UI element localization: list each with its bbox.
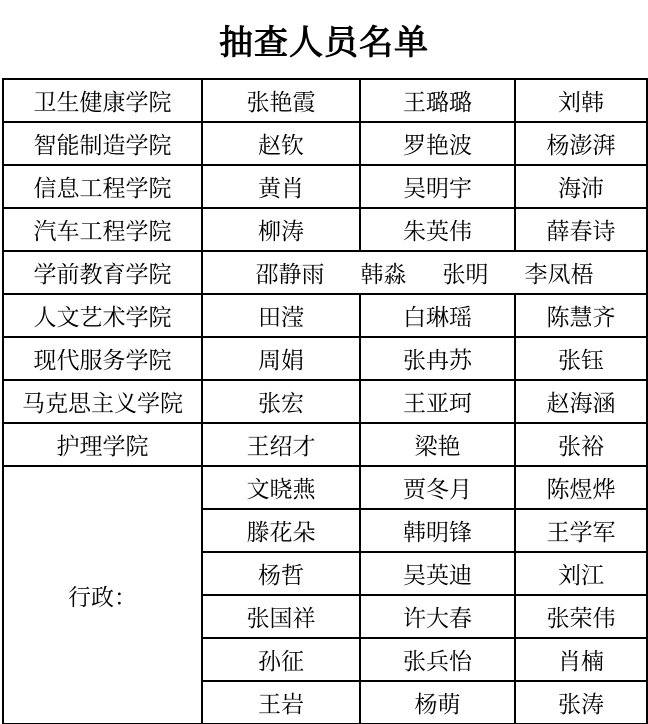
person-name-cell: 许大春 [360,595,515,638]
person-name-cell: 杨萌 [360,681,515,724]
person-name-cell: 杨哲 [202,552,360,595]
table-row: 信息工程学院黄肖吴明宇海沛 [3,165,647,208]
table-row: 汽车工程学院柳涛朱英伟薛春诗 [3,208,647,251]
person-name-cell: 韩明锋 [360,509,515,552]
table-row: 马克思主义学院张宏王亚珂赵海涵 [3,380,647,423]
person-name-cell: 张冉苏 [360,337,515,380]
person-name-cell: 赵海涵 [515,380,647,423]
table-row: 护理学院王绍才梁艳张裕 [3,423,647,466]
person-name-cell: 王绍才 [202,423,360,466]
admin-label-cell: 行政： [3,466,202,724]
person-name-cell: 文晓燕 [202,466,360,509]
person-name-cell: 张钰 [515,337,647,380]
person-name-cell: 张艳霞 [202,79,360,122]
person-name: 李凤梧 [525,256,594,289]
person-name: 张明 [443,256,489,289]
person-name-cell: 梁艳 [360,423,515,466]
table-row: 现代服务学院周娟张冉苏张钰 [3,337,647,380]
person-name-cell: 赵钦 [202,122,360,165]
person-name-cell: 田滢 [202,294,360,337]
person-name: 韩淼 [361,256,407,289]
person-name-cell: 王亚珂 [360,380,515,423]
table-row: 卫生健康学院张艳霞王璐璐刘韩 [3,79,647,122]
person-name-cell: 刘韩 [515,79,647,122]
person-name-cell: 肖楠 [515,638,647,681]
college-name-cell: 汽车工程学院 [3,208,202,251]
person-name-cell: 张涛 [515,681,647,724]
person-name-cell: 薛春诗 [515,208,647,251]
merged-names-cell: 邵静雨韩淼张明李凤梧 [202,251,647,294]
college-name-cell: 卫生健康学院 [3,79,202,122]
person-name-cell: 刘江 [515,552,647,595]
table-row: 智能制造学院赵钦罗艳波杨澎湃 [3,122,647,165]
title-bar: 抽查人员名单 [0,0,648,78]
person-name-cell: 陈慧齐 [515,294,647,337]
document-page: 抽查人员名单 卫生健康学院张艳霞王璐璐刘韩智能制造学院赵钦罗艳波杨澎湃信息工程学… [0,0,648,724]
person-name: 邵静雨 [256,256,325,289]
college-name-cell: 学前教育学院 [3,251,202,294]
table-row: 学前教育学院邵静雨韩淼张明李凤梧 [3,251,647,294]
person-name-cell: 柳涛 [202,208,360,251]
person-name-cell: 贾冬月 [360,466,515,509]
table-row: 行政：文晓燕贾冬月陈煜烨 [3,466,647,509]
person-name-cell: 张裕 [515,423,647,466]
person-name-cell: 吴明宇 [360,165,515,208]
person-name-cell: 王学军 [515,509,647,552]
college-name-cell: 信息工程学院 [3,165,202,208]
person-name-cell: 张荣伟 [515,595,647,638]
college-name-cell: 马克思主义学院 [3,380,202,423]
merged-names-group: 邵静雨韩淼张明李凤梧 [203,256,646,289]
person-name-cell: 黄肖 [202,165,360,208]
person-name-cell: 周娟 [202,337,360,380]
person-name-cell: 王岩 [202,681,360,724]
page-title: 抽查人员名单 [219,15,429,64]
person-name-cell: 张宏 [202,380,360,423]
person-name-cell: 张国祥 [202,595,360,638]
person-name-cell: 杨澎湃 [515,122,647,165]
person-name-cell: 陈煜烨 [515,466,647,509]
table-body: 卫生健康学院张艳霞王璐璐刘韩智能制造学院赵钦罗艳波杨澎湃信息工程学院黄肖吴明宇海… [3,79,647,724]
college-name-cell: 护理学院 [3,423,202,466]
personnel-table: 卫生健康学院张艳霞王璐璐刘韩智能制造学院赵钦罗艳波杨澎湃信息工程学院黄肖吴明宇海… [2,78,648,724]
person-name-cell: 王璐璐 [360,79,515,122]
person-name-cell: 张兵怡 [360,638,515,681]
person-name-cell: 罗艳波 [360,122,515,165]
person-name-cell: 滕花朵 [202,509,360,552]
person-name-cell: 白琳瑶 [360,294,515,337]
person-name-cell: 吴英迪 [360,552,515,595]
person-name-cell: 朱英伟 [360,208,515,251]
person-name-cell: 海沛 [515,165,647,208]
person-name-cell: 孙征 [202,638,360,681]
college-name-cell: 人文艺术学院 [3,294,202,337]
table-row: 人文艺术学院田滢白琳瑶陈慧齐 [3,294,647,337]
college-name-cell: 智能制造学院 [3,122,202,165]
college-name-cell: 现代服务学院 [3,337,202,380]
